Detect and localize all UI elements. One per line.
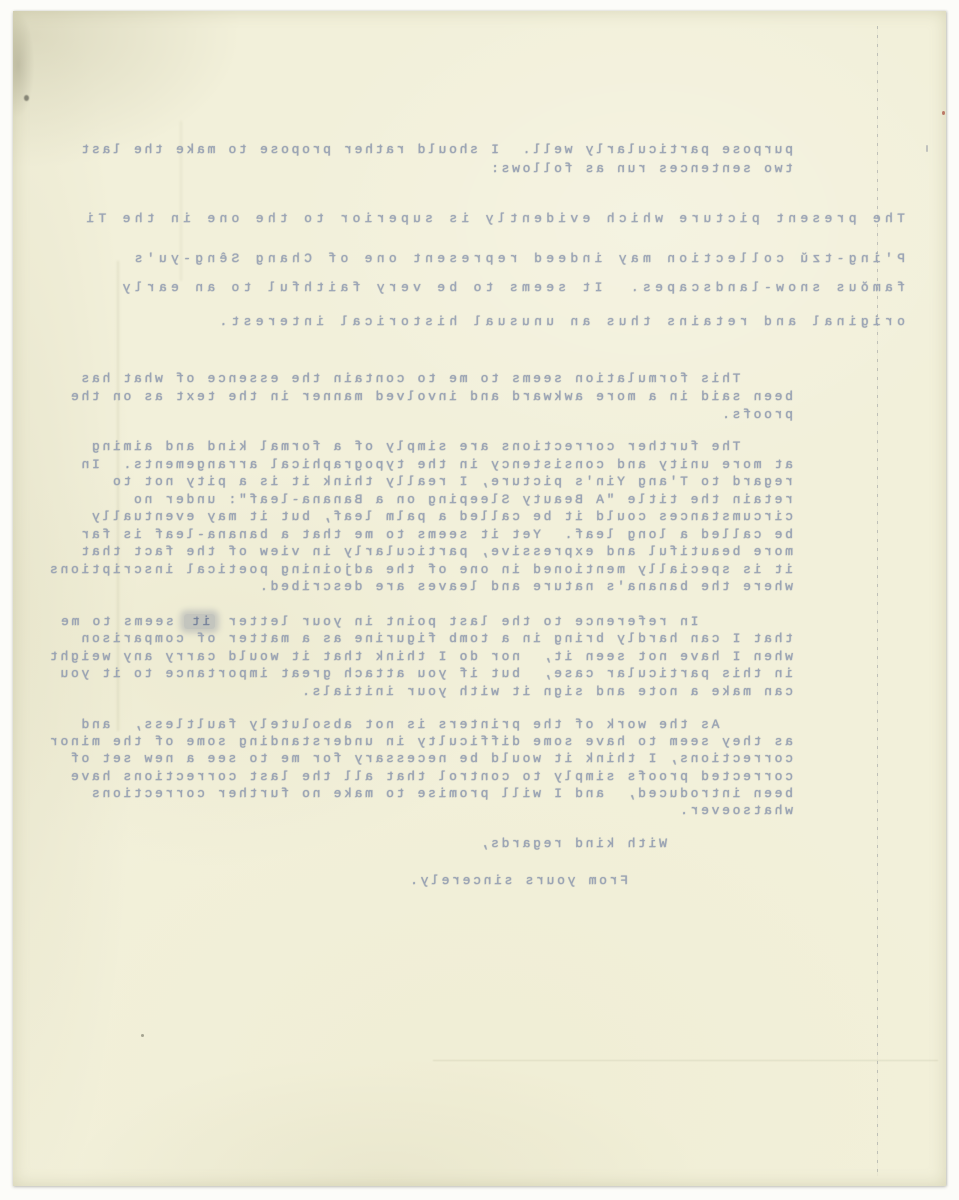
text-line-a1: purpose particularly well. I should rath… [79,142,793,157]
text-line-f3: corrections, I think it would be necessa… [68,751,793,766]
text-line-d1: The further corrections are simply of a … [89,439,793,454]
text-line-e1: In reference to the last point in your l… [58,614,793,629]
text-line-d7: more beautiful and expressive, particula… [79,544,793,559]
text-line-e5: can make a note and sign it with your in… [299,684,793,699]
text-line-f6: whatsoever. [677,803,793,818]
text-line-e4: in this particular case, but if you atta… [58,666,793,681]
text-line-f5: been introduced, and I will promise to m… [89,786,793,801]
text-line-d5: circumstances could it be called a palm … [89,509,793,524]
mirrored-text-layer: purpose particularly well. I should rath… [0,0,959,1200]
text-line-a2: two sentences run as follows: [488,161,793,176]
text-line-e3: when I have not seen it, nor do I think … [47,649,793,664]
text-line-e1-start: In reference to the last point in your l… [215,614,793,629]
ink-smudge-word: it [184,614,215,629]
text-line-b2: P'ing-tzŭ collection may indeed represen… [131,251,905,266]
text-line-b3: famŏus snow-landscapes. It seems to be v… [118,280,905,295]
text-line-d4: retain the title "A Beauty Sleeping on a… [131,492,793,507]
text-line-f1: As the work of the printers is not absol… [79,717,793,732]
text-line-f4: corrected proofs simply to control that … [68,769,793,784]
text-line-d9: where the banana's nature and leaves are… [257,579,793,594]
text-line-c1: This formulation seems to me to contain … [79,371,793,386]
text-line-e2: that I can hardly bring in a tomb figuri… [79,631,793,646]
scanned-letter-page: purpose particularly well. I should rath… [0,0,959,1200]
text-line-e1-end: seems to me [58,614,184,629]
text-line-b4: original and retains thus an unusual his… [215,314,905,329]
closing-regards-line: With kind regards, [478,836,667,851]
text-line-c2: been said in a more awkward and involved… [68,389,793,404]
text-line-d3: regard to T'ang Yin's picture, I really … [110,474,793,489]
text-line-b1: The present picture which evidently is s… [82,211,905,226]
closing-sincerely-line: From yours sincerely. [407,873,628,888]
text-line-f2: as they seem to have some difficulty in … [47,734,793,749]
text-line-d8: it is specially mentioned in one of the … [47,562,793,577]
text-line-d2: at more unity and consistency in the typ… [79,457,793,472]
text-line-d6: be called a long leaf. Yet it seems to m… [79,527,793,542]
text-line-c3: proofs. [719,407,793,422]
